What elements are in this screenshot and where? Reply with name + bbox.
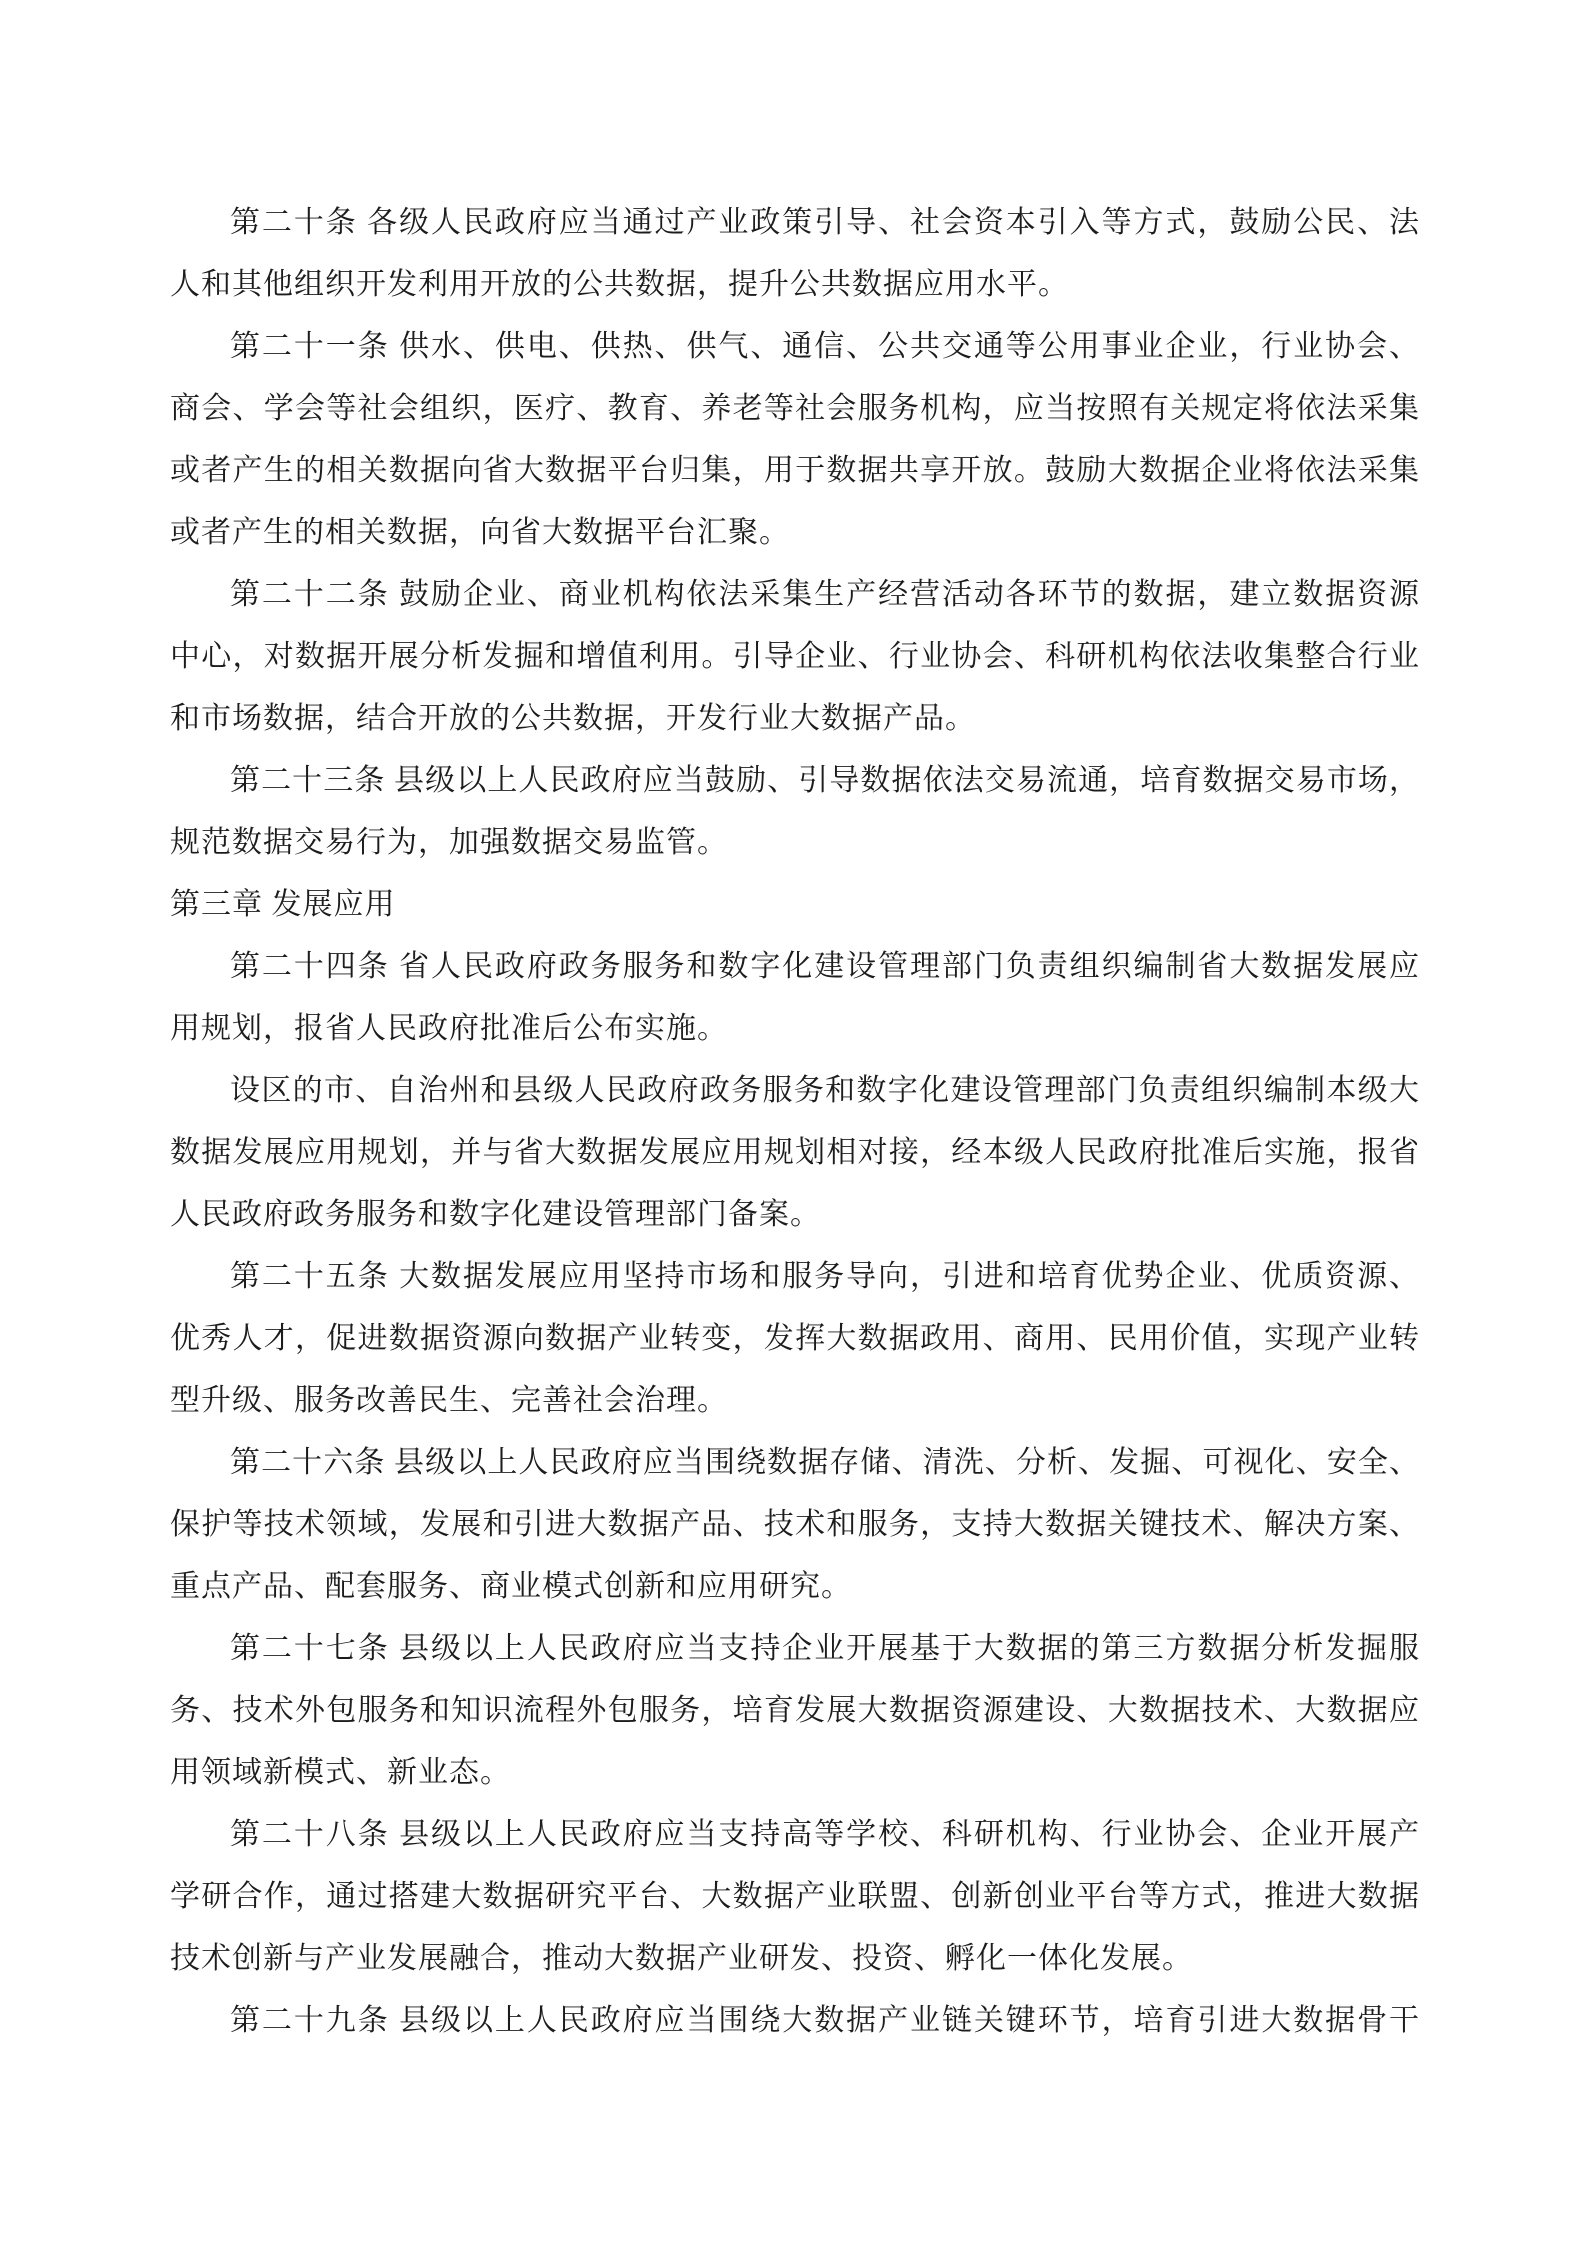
paragraph-article-28: 第二十八条 县级以上人民政府应当支持高等学校、科研机构、行业协会、企业开展产 学… xyxy=(170,1804,1420,1990)
paragraph-article-29: 第二十九条 县级以上人民政府应当围绕大数据产业链关键环节，培育引进大数据骨干 xyxy=(170,1990,1420,2052)
text-line: 第二十八条 县级以上人民政府应当支持高等学校、科研机构、行业协会、企业开展产 xyxy=(170,1804,1420,1866)
text-line: 第二十六条 县级以上人民政府应当围绕数据存储、清洗、分析、发掘、可视化、安全、 xyxy=(170,1432,1420,1494)
document-body: 第二十条 各级人民政府应当通过产业政策引导、社会资本引入等方式，鼓励公民、法 人… xyxy=(170,192,1420,2052)
text-line: 用领域新模式、新业态。 xyxy=(170,1742,1420,1804)
text-line: 中心，对数据开展分析发掘和增值利用。引导企业、行业协会、科研机构依法收集整合行业 xyxy=(170,626,1420,688)
paragraph-article-22: 第二十二条 鼓励企业、商业机构依法采集生产经营活动各环节的数据，建立数据资源 中… xyxy=(170,564,1420,750)
text-line: 用规划，报省人民政府批准后公布实施。 xyxy=(170,998,1420,1060)
text-line: 第二十七条 县级以上人民政府应当支持企业开展基于大数据的第三方数据分析发掘服 xyxy=(170,1618,1420,1680)
text-line: 和市场数据，结合开放的公共数据，开发行业大数据产品。 xyxy=(170,688,1420,750)
paragraph-article-23: 第二十三条 县级以上人民政府应当鼓励、引导数据依法交易流通，培育数据交易市场， … xyxy=(170,750,1420,874)
text-line: 商会、学会等社会组织，医疗、教育、养老等社会服务机构，应当按照有关规定将依法采集 xyxy=(170,378,1420,440)
text-line: 或者产生的相关数据向省大数据平台归集，用于数据共享开放。鼓励大数据企业将依法采集 xyxy=(170,440,1420,502)
text-line: 第二十九条 县级以上人民政府应当围绕大数据产业链关键环节，培育引进大数据骨干 xyxy=(170,1990,1420,2052)
chapter-heading: 第三章 发展应用 xyxy=(170,874,1420,936)
text-line: 第二十二条 鼓励企业、商业机构依法采集生产经营活动各环节的数据，建立数据资源 xyxy=(170,564,1420,626)
text-line: 人和其他组织开发利用开放的公共数据，提升公共数据应用水平。 xyxy=(170,254,1420,316)
paragraph-article-25: 第二十五条 大数据发展应用坚持市场和服务导向，引进和培育优势企业、优质资源、 优… xyxy=(170,1246,1420,1432)
document-page: 第二十条 各级人民政府应当通过产业政策引导、社会资本引入等方式，鼓励公民、法 人… xyxy=(0,0,1587,2245)
text-line: 学研合作，通过搭建大数据研究平台、大数据产业联盟、创新创业平台等方式，推进大数据 xyxy=(170,1866,1420,1928)
paragraph-article-26: 第二十六条 县级以上人民政府应当围绕数据存储、清洗、分析、发掘、可视化、安全、 … xyxy=(170,1432,1420,1618)
text-line: 务、技术外包服务和知识流程外包服务，培育发展大数据资源建设、大数据技术、大数据应 xyxy=(170,1680,1420,1742)
paragraph-article-24-2: 设区的市、自治州和县级人民政府政务服务和数字化建设管理部门负责组织编制本级大 数… xyxy=(170,1060,1420,1246)
text-line: 保护等技术领域，发展和引进大数据产品、技术和服务，支持大数据关键技术、解决方案、 xyxy=(170,1494,1420,1556)
chapter-heading-row: 第三章 发展应用 xyxy=(170,874,1420,936)
text-line: 或者产生的相关数据，向省大数据平台汇聚。 xyxy=(170,502,1420,564)
text-line: 第二十五条 大数据发展应用坚持市场和服务导向，引进和培育优势企业、优质资源、 xyxy=(170,1246,1420,1308)
text-line: 型升级、服务改善民生、完善社会治理。 xyxy=(170,1370,1420,1432)
text-line: 第二十四条 省人民政府政务服务和数字化建设管理部门负责组织编制省大数据发展应 xyxy=(170,936,1420,998)
text-line: 第二十三条 县级以上人民政府应当鼓励、引导数据依法交易流通，培育数据交易市场， xyxy=(170,750,1420,812)
paragraph-article-20: 第二十条 各级人民政府应当通过产业政策引导、社会资本引入等方式，鼓励公民、法 人… xyxy=(170,192,1420,316)
paragraph-article-21: 第二十一条 供水、供电、供热、供气、通信、公共交通等公用事业企业，行业协会、 商… xyxy=(170,316,1420,564)
paragraph-article-27: 第二十七条 县级以上人民政府应当支持企业开展基于大数据的第三方数据分析发掘服 务… xyxy=(170,1618,1420,1804)
text-line: 优秀人才，促进数据资源向数据产业转变，发挥大数据政用、商用、民用价值，实现产业转 xyxy=(170,1308,1420,1370)
text-line: 人民政府政务服务和数字化建设管理部门备案。 xyxy=(170,1184,1420,1246)
text-line: 规范数据交易行为，加强数据交易监管。 xyxy=(170,812,1420,874)
text-line: 技术创新与产业发展融合，推动大数据产业研发、投资、孵化一体化发展。 xyxy=(170,1928,1420,1990)
text-line: 第二十条 各级人民政府应当通过产业政策引导、社会资本引入等方式，鼓励公民、法 xyxy=(170,192,1420,254)
text-line: 第二十一条 供水、供电、供热、供气、通信、公共交通等公用事业企业，行业协会、 xyxy=(170,316,1420,378)
text-line: 设区的市、自治州和县级人民政府政务服务和数字化建设管理部门负责组织编制本级大 xyxy=(170,1060,1420,1122)
paragraph-article-24: 第二十四条 省人民政府政务服务和数字化建设管理部门负责组织编制省大数据发展应 用… xyxy=(170,936,1420,1060)
text-line: 数据发展应用规划，并与省大数据发展应用规划相对接，经本级人民政府批准后实施，报省 xyxy=(170,1122,1420,1184)
text-line: 重点产品、配套服务、商业模式创新和应用研究。 xyxy=(170,1556,1420,1618)
